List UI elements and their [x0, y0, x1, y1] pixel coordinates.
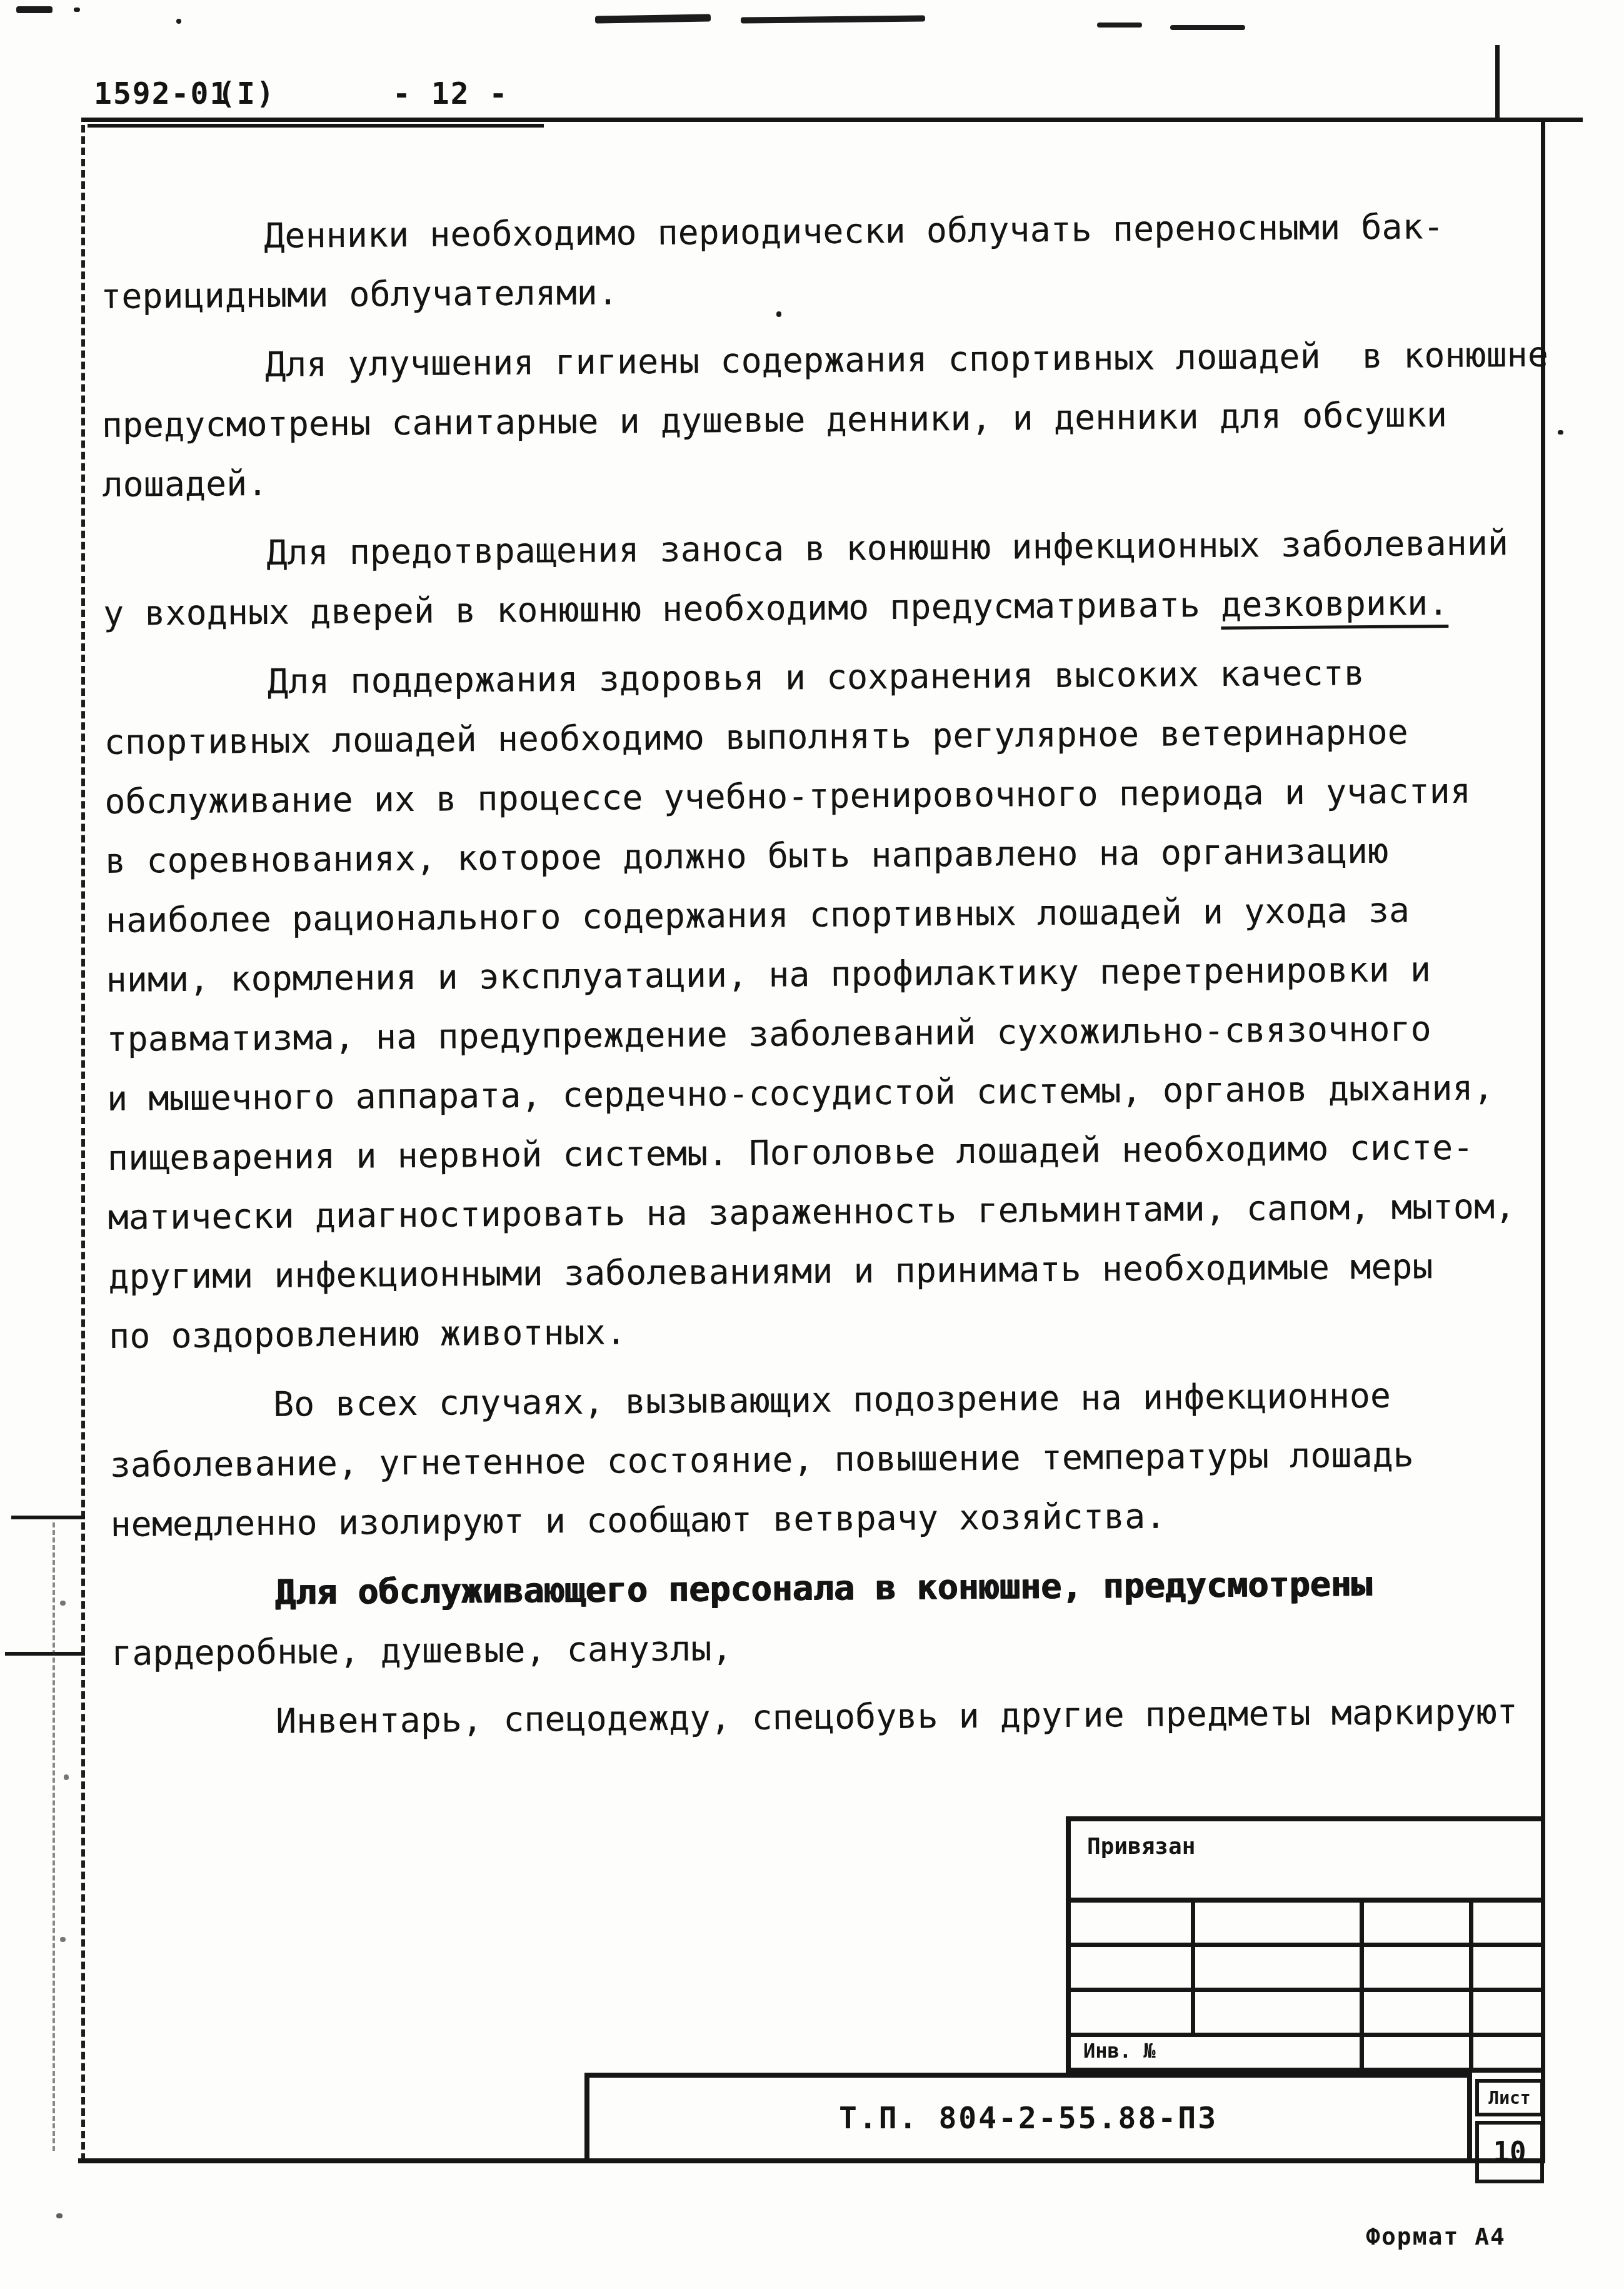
text-line: Для обслуживающего персонала в конюшне, …	[111, 1552, 1580, 1623]
text-line: матически диагностировать на зараженност…	[108, 1176, 1577, 1247]
text-line: немедленно изолируют и сообщают ветврачу…	[110, 1483, 1580, 1554]
stamp-inv-number-label: Инв. №	[1083, 2039, 1156, 2063]
margin-fold-mark	[11, 1516, 85, 1519]
margin-dashed-line	[53, 1522, 55, 2151]
text-line: Инвентарь, спецодежду, спецобувь и други…	[112, 1681, 1581, 1752]
stamp-doc-number-box: Т.П. 804-2-55.88-ПЗ	[584, 2073, 1472, 2163]
scan-artifact	[74, 8, 80, 12]
text-line: ними, кормления и эксплуатации, на профи…	[106, 939, 1575, 1010]
page-number-top: - 12 -	[393, 76, 508, 111]
text-line: гардеробные, душевые, санузлы,	[111, 1612, 1581, 1683]
scanned-document-page: 1592-01 (I) - 12 - Денники необходимо пе…	[0, 0, 1624, 2289]
stamp-sheet-number: 10	[1493, 2136, 1526, 2168]
document-code: 1592-01	[94, 76, 229, 111]
top-right-tick	[1495, 45, 1500, 120]
text-line: в соревнованиях, которое должно быть нап…	[105, 820, 1575, 891]
text-line: травматизма, на предупреждение заболеван…	[106, 999, 1576, 1069]
scan-artifact	[60, 1937, 66, 1942]
scan-artifact	[16, 6, 53, 13]
stamp-sheet-number-box: 10	[1475, 2121, 1544, 2183]
top-border-line	[81, 118, 1583, 122]
title-block: Привязан Инв. №	[1066, 1816, 1545, 2073]
text-line: заболевание, угнетенное состояние, повыш…	[109, 1424, 1579, 1494]
text-line: лошадей.	[102, 444, 1571, 515]
scan-artifact	[60, 1601, 66, 1606]
scan-artifact	[1097, 23, 1142, 28]
scan-artifact	[176, 19, 181, 24]
stamp-sheet-label-box: Лист	[1475, 2079, 1544, 2116]
stamp-privyazan-label: Привязан	[1087, 1834, 1195, 1859]
format-label: Формат А4	[1366, 2223, 1506, 2250]
text-line: Для улучшения гигиены содержания спортив…	[101, 325, 1571, 396]
text-line: Денники необходимо периодически облучать…	[100, 196, 1570, 267]
stamp-doc-number: Т.П. 804-2-55.88-ПЗ	[839, 2101, 1218, 2136]
text-line: терицидными облучателями.	[101, 256, 1570, 326]
text-line: Во всех случаях, вызывающих подозрение н…	[109, 1364, 1579, 1435]
scan-artifact	[595, 14, 711, 23]
text-line: у входных дверей в конюшню необходимо пр…	[103, 573, 1573, 643]
text-line: пищеварения и нервной системы. Поголовье…	[108, 1117, 1577, 1187]
stamp-sheet-label: Лист	[1488, 2088, 1530, 2108]
text-line: Для поддержания здоровья и сохранения вы…	[104, 642, 1573, 713]
scan-artifact	[1170, 25, 1245, 30]
text-line: по оздоровлению животных.	[109, 1295, 1578, 1366]
document-body-lines: Денники необходимо периодически облучать…	[100, 196, 1581, 1753]
text-line: наиболее рационального содержания спорти…	[106, 880, 1575, 950]
left-border-line	[81, 125, 85, 2161]
text-line: предусмотрены санитарные и душевые денни…	[101, 385, 1571, 455]
scan-artifact	[56, 2213, 63, 2218]
text-line: другими инфекционными заболеваниями и пр…	[108, 1235, 1578, 1306]
text-line: Для предотвращения заноса в конюшню инфе…	[103, 513, 1572, 584]
margin-fold-mark	[5, 1652, 85, 1656]
text-line: обслуживание их в процессе учебно-тренир…	[104, 761, 1574, 832]
copy-mark: (I)	[218, 76, 276, 111]
header-underline	[88, 124, 544, 128]
text-line: и мышечного аппарата, сердечно-сосудисто…	[107, 1058, 1576, 1129]
scan-artifact	[741, 15, 925, 23]
text-line: спортивных лошадей необходимо выполнять …	[104, 702, 1573, 772]
scan-artifact	[64, 1774, 69, 1780]
